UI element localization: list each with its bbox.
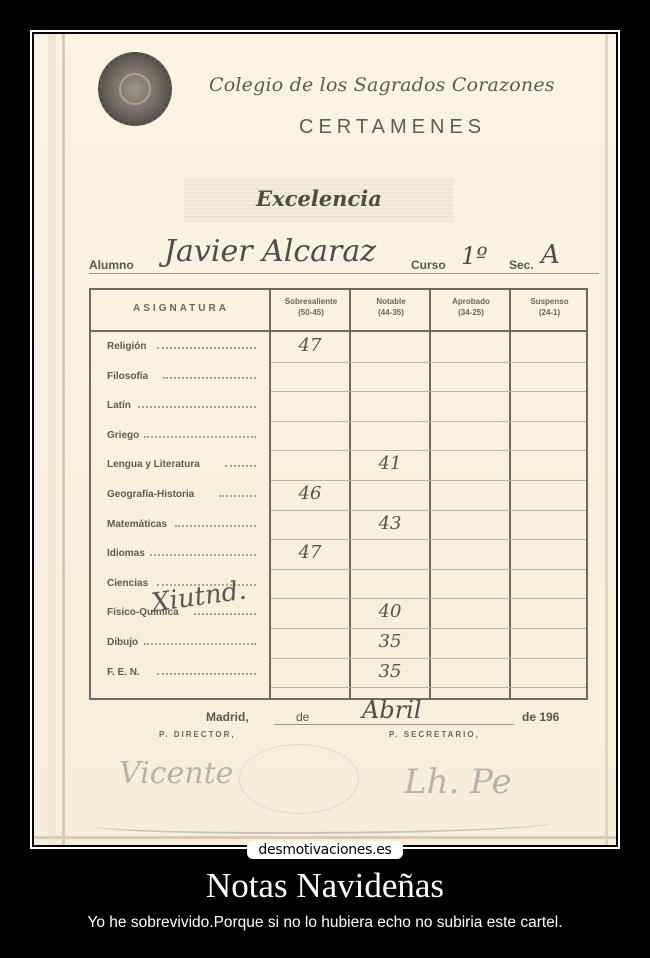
secretary-signature: Lh. Pe — [404, 762, 512, 802]
leader-dots — [150, 554, 256, 556]
subject-name: F. E. N. — [107, 667, 140, 678]
poster-caption: Yo he sobrevivido.Porque si no lo hubier… — [0, 914, 650, 932]
leader-dots — [194, 613, 256, 615]
table-header: ASIGNATURA Sobresaliente(50-45) Notable(… — [91, 290, 586, 332]
year-label: de 196 — [522, 710, 559, 724]
grade-sobresaliente: 47 — [271, 542, 349, 563]
poster-frame: Colegio de los Sagrados Corazones CERTAM… — [30, 30, 620, 849]
subject-name: Dibujo — [107, 637, 138, 648]
leader-dots — [157, 347, 256, 349]
grade-notable: 35 — [351, 631, 429, 652]
grade-notable: 40 — [351, 601, 429, 622]
month-value: Abril — [362, 696, 422, 724]
subject-name: Ciencias — [107, 578, 148, 589]
leader-dots — [163, 377, 256, 379]
leader-dots — [219, 495, 256, 497]
course-label: Curso — [411, 258, 446, 272]
date-line: Madrid, de Abril de 196 — [34, 710, 616, 730]
grade-notable: 35 — [351, 661, 429, 682]
poster-title: Notas Navideñas — [0, 866, 650, 906]
grade-sobresaliente: 46 — [271, 483, 349, 504]
leader-dots — [175, 525, 256, 527]
director-label: P. DIRECTOR, — [159, 730, 236, 739]
secretary-label: P. SECRETARIO, — [389, 730, 480, 739]
subject-name: Filosofía — [107, 371, 148, 382]
student-label: Alumno — [89, 258, 134, 272]
table-row: Latín — [91, 392, 586, 422]
subject-name: Geografía-Historia — [107, 489, 194, 500]
leader-dots — [157, 673, 256, 675]
subject-name: Religión — [107, 341, 146, 352]
table-row: Dibujo35 — [91, 629, 586, 659]
section-title: CERTAMENES — [299, 116, 486, 139]
subject-name: Griego — [107, 430, 139, 441]
table-row: Religión47 — [91, 333, 586, 363]
table-row: Idiomas47 — [91, 540, 586, 570]
header-suspenso: Suspenso(24-1) — [511, 290, 588, 330]
header-sobresaliente: Sobresaliente(50-45) — [271, 290, 351, 330]
report-card-image: Colegio de los Sagrados Corazones CERTAM… — [34, 34, 616, 845]
table-row: F. E. N.35 — [91, 659, 586, 689]
place-label: Madrid, — [206, 710, 249, 724]
leader-dots — [138, 406, 256, 408]
header-asignatura: ASIGNATURA — [91, 290, 271, 330]
site-watermark: desmotivaciones.es — [247, 841, 403, 859]
table-row: Geografía-Historia46 — [91, 481, 586, 511]
section-value: A — [541, 240, 560, 270]
grade-sobresaliente: 47 — [271, 335, 349, 356]
director-signature: Vicente — [119, 756, 233, 791]
de-label: de — [296, 710, 309, 724]
paper-edge — [34, 836, 616, 839]
subject-name: Idiomas — [107, 548, 145, 559]
table-row: Matemáticas43 — [91, 511, 586, 541]
leader-dots — [144, 643, 256, 645]
student-line: Alumno Javier Alcaraz Curso 1º Sec. A — [89, 254, 599, 274]
grade-notable: 41 — [351, 453, 429, 474]
table-row: Filosofía — [91, 363, 586, 393]
header-aprobado: Aprobado(34-25) — [431, 290, 511, 330]
subject-name: Latín — [107, 400, 131, 411]
subject-name: Lengua y Literatura — [107, 459, 200, 470]
section-label: Sec. — [509, 258, 534, 272]
table-row: Lengua y Literatura41 — [91, 451, 586, 481]
course-value: 1º — [461, 242, 488, 270]
signature-labels: P. DIRECTOR, P. SECRETARIO, — [34, 730, 616, 744]
award-band: Excelencia — [184, 178, 454, 222]
leader-dots — [144, 436, 256, 438]
subject-name: Matemáticas — [107, 519, 167, 530]
school-name: Colegio de los Sagrados Corazones — [209, 74, 609, 96]
header-notable: Notable(44-35) — [351, 290, 431, 330]
table-row: Griego — [91, 422, 586, 452]
leader-dots — [225, 465, 256, 467]
student-name: Javier Alcaraz — [164, 234, 376, 269]
signature-flourish — [94, 814, 554, 834]
award-title: Excelencia — [184, 186, 454, 211]
school-seal-icon — [98, 52, 172, 126]
faded-stamp — [239, 744, 359, 814]
grades-table: ASIGNATURA Sobresaliente(50-45) Notable(… — [89, 288, 588, 700]
grade-notable: 43 — [351, 513, 429, 534]
